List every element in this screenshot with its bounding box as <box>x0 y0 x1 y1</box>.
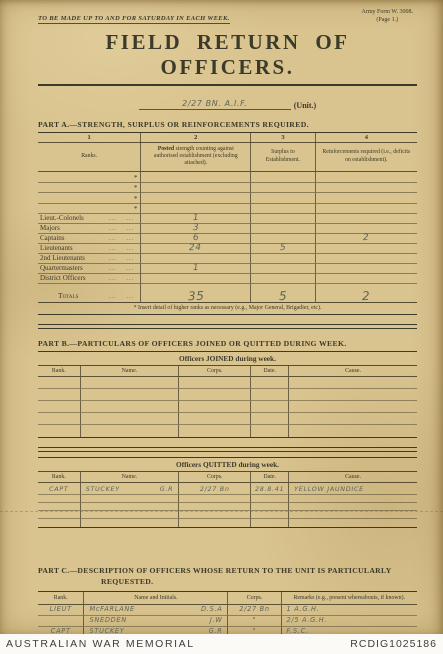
surplus-value: 5 <box>280 244 287 253</box>
joined-empty-row <box>38 413 417 425</box>
officers-joined-table: Officers JOINED during week. Rank. Name.… <box>38 351 417 438</box>
part-a-header-row: Ranks. Posted strength counting against … <box>38 142 417 172</box>
totals-reinforcements: 2 <box>362 290 371 302</box>
entry-remarks: 1 A.G.H. <box>287 605 320 616</box>
dot-leader <box>84 214 137 222</box>
dot-leader <box>65 234 137 242</box>
rank-row-2nd-lieutenants: 2nd Lieutenants <box>38 254 417 264</box>
rank-label: Quartermasters <box>40 264 83 272</box>
joined-col-name: Name. <box>80 366 179 377</box>
higher-rank-blank-row <box>38 172 417 183</box>
part-c-col-remarks: Remarks (e.g., present whereabouts, if k… <box>281 592 417 605</box>
part-c-entry-row: LIEUT McFARLANE D.S.A 2/27 Bn 1 A.G.H. <box>38 605 417 616</box>
rank-row-captains: Captains 6 2 <box>38 234 417 244</box>
part-a-footnote: * Insert detail of higher ranks as neces… <box>38 303 417 314</box>
scanned-document-view: TO BE MADE UP TO AND FOR SATURDAY IN EAC… <box>0 0 443 654</box>
archive-footer-bar: AUSTRALIAN WAR MEMORIAL RCDIG1025186 <box>0 634 443 654</box>
dot-leader <box>78 291 136 300</box>
unit-row: 2/27 BN. A.I.F. (Unit.) <box>38 95 417 110</box>
rank-row-quartermasters: Quartermasters 1 <box>38 264 417 274</box>
rank-row-lieut-colonels: Lieut.-Colonels 1 <box>38 214 417 224</box>
totals-surplus: 5 <box>279 290 288 302</box>
quitted-col-corps: Corps. <box>178 472 250 483</box>
unit-handwritten-value: 2/27 BN. A.I.F. <box>182 99 247 108</box>
part-a-table: 1 2 3 4 Ranks. Posted strength counting … <box>38 132 417 315</box>
quitted-initials: G.R <box>160 483 174 495</box>
reinforcements-value: 2 <box>363 234 370 243</box>
part-a-column-number-row: 1 2 3 4 <box>38 133 417 142</box>
dot-leader <box>85 254 136 262</box>
joined-col-rank: Rank. <box>38 366 80 377</box>
form-page: (Page 1.) <box>376 17 398 23</box>
section-divider-rule <box>38 324 417 329</box>
dot-leader <box>83 264 137 272</box>
part-c-entry-row: SNEDDEN J.W " 2/5 A.G.H. <box>38 616 417 627</box>
rank-label: Lieut.-Colonels <box>40 214 84 222</box>
higher-rank-blank-row <box>38 183 417 194</box>
part-a-heading: PART A.—STRENGTH, SURPLUS OR REINFORCEME… <box>38 120 417 129</box>
rank-label: Majors <box>40 224 60 232</box>
part-c-heading: PART C.—DESCRIPTION OF OFFICERS WHOSE RE… <box>38 566 417 587</box>
part-c-heading-line1: PART C.—DESCRIPTION OF OFFICERS WHOSE RE… <box>38 566 392 575</box>
rank-label: 2nd Lieutenants <box>40 254 85 262</box>
joined-col-cause: Cause. <box>288 366 417 377</box>
section-divider-rule <box>38 447 417 452</box>
quitted-name: STUCKEY <box>86 483 120 495</box>
entry-name: McFARLANE <box>89 605 134 616</box>
unit-entry-line: 2/27 BN. A.I.F. <box>139 100 291 110</box>
quitted-header-row: Rank. Name. Corps. Date. Cause. <box>38 472 417 483</box>
dot-leader <box>86 274 137 282</box>
quitted-corps: 2/27 Bn <box>200 483 230 495</box>
quitted-empty-row <box>38 503 417 511</box>
joined-empty-row <box>38 425 417 437</box>
col-header-reinforcements: Reinforcements required (i.e., deficits … <box>315 142 417 172</box>
entry-corps: 2/27 Bn <box>239 605 270 616</box>
quitted-date: 28.8.41 <box>255 483 284 495</box>
rank-label: District Officers <box>40 274 86 282</box>
quitted-empty-row <box>38 519 417 527</box>
weekly-instruction-note: TO BE MADE UP TO AND FOR SATURDAY IN EAC… <box>38 15 230 24</box>
rank-row-district-officers: District Officers <box>38 274 417 284</box>
quitted-empty-row <box>38 511 417 519</box>
quitted-cause: YELLOW JAUNDICE <box>294 483 364 495</box>
officers-quitted-table: Officers QUITTED during week. Rank. Name… <box>38 457 417 528</box>
entry-name: SNEDDEN <box>89 616 126 627</box>
joined-empty-row <box>38 401 417 413</box>
form-number: Army Form W. 3008. <box>361 9 413 15</box>
quitted-caption: Officers QUITTED during week. <box>38 458 417 472</box>
quitted-rank: CAPT <box>49 483 68 495</box>
rank-row-majors: Majors 3 <box>38 224 417 234</box>
col-header-surplus: Surplus to Establishment. <box>250 142 314 172</box>
part-c-header-row: Rank. Name and Initials. Corps. Remarks … <box>38 592 417 605</box>
form-content: TO BE MADE UP TO AND FOR SATURDAY IN EAC… <box>38 8 417 654</box>
rank-label: Lieutenants <box>40 244 73 252</box>
archive-reference-id: RCDIG1025186 <box>350 638 437 650</box>
joined-empty-row <box>38 389 417 401</box>
rank-row-lieutenants: Lieutenants 24 5 <box>38 244 417 254</box>
form-title: FIELD RETURN OF OFFICERS. <box>38 30 417 86</box>
joined-col-date: Date. <box>250 366 288 377</box>
totals-label: Totals <box>58 291 78 300</box>
posted-value: 24 <box>189 244 202 253</box>
entry-remarks: 2/5 A.G.H. <box>287 616 328 627</box>
quitted-empty-row <box>38 495 417 503</box>
col-header-ranks: Ranks. <box>38 142 140 172</box>
dot-leader <box>60 224 136 232</box>
unit-label: (Unit.) <box>294 101 316 110</box>
part-c-col-rank: Rank. <box>38 592 83 605</box>
higher-rank-blank-row <box>38 193 417 204</box>
part-b-heading: PART B.—PARTICULARS OF OFFICERS JOINED O… <box>38 339 417 348</box>
form-number-block: Army Form W. 3008. (Page 1.) <box>361 8 413 24</box>
joined-header-row: Rank. Name. Corps. Date. Cause. <box>38 366 417 377</box>
quitted-col-date: Date. <box>250 472 288 483</box>
archive-name: AUSTRALIAN WAR MEMORIAL <box>6 638 195 650</box>
part-c-heading-line2: REQUESTED. <box>101 577 153 586</box>
higher-rank-blank-row <box>38 204 417 215</box>
part-c-col-name-initials: Name and Initials. <box>83 592 227 605</box>
quitted-col-name: Name. <box>80 472 179 483</box>
entry-rank: LIEUT <box>50 605 72 616</box>
joined-col-corps: Corps. <box>178 366 250 377</box>
quitted-entry-row: CAPT STUCKEY G.R 2/27 Bn 28.8.41 YELLOW … <box>38 483 417 495</box>
totals-posted: 35 <box>187 290 204 303</box>
col-header-posted-strength: Posted strength counting against authori… <box>140 142 250 172</box>
dot-leader <box>73 244 137 252</box>
joined-caption: Officers JOINED during week. <box>38 352 417 366</box>
entry-initials: D.S.A <box>201 605 222 616</box>
quitted-col-rank: Rank. <box>38 472 80 483</box>
posted-value: 1 <box>192 264 199 273</box>
quitted-col-cause: Cause. <box>288 472 417 483</box>
form-header: TO BE MADE UP TO AND FOR SATURDAY IN EAC… <box>38 8 417 24</box>
entry-corps: " <box>253 616 257 627</box>
form-paper: TO BE MADE UP TO AND FOR SATURDAY IN EAC… <box>0 0 443 634</box>
part-c-col-corps: Corps. <box>227 592 280 605</box>
joined-empty-row <box>38 377 417 389</box>
totals-row: Totals 35 5 2 <box>38 284 417 303</box>
rank-label: Captains <box>40 234 65 242</box>
entry-initials: J.W <box>210 616 223 627</box>
